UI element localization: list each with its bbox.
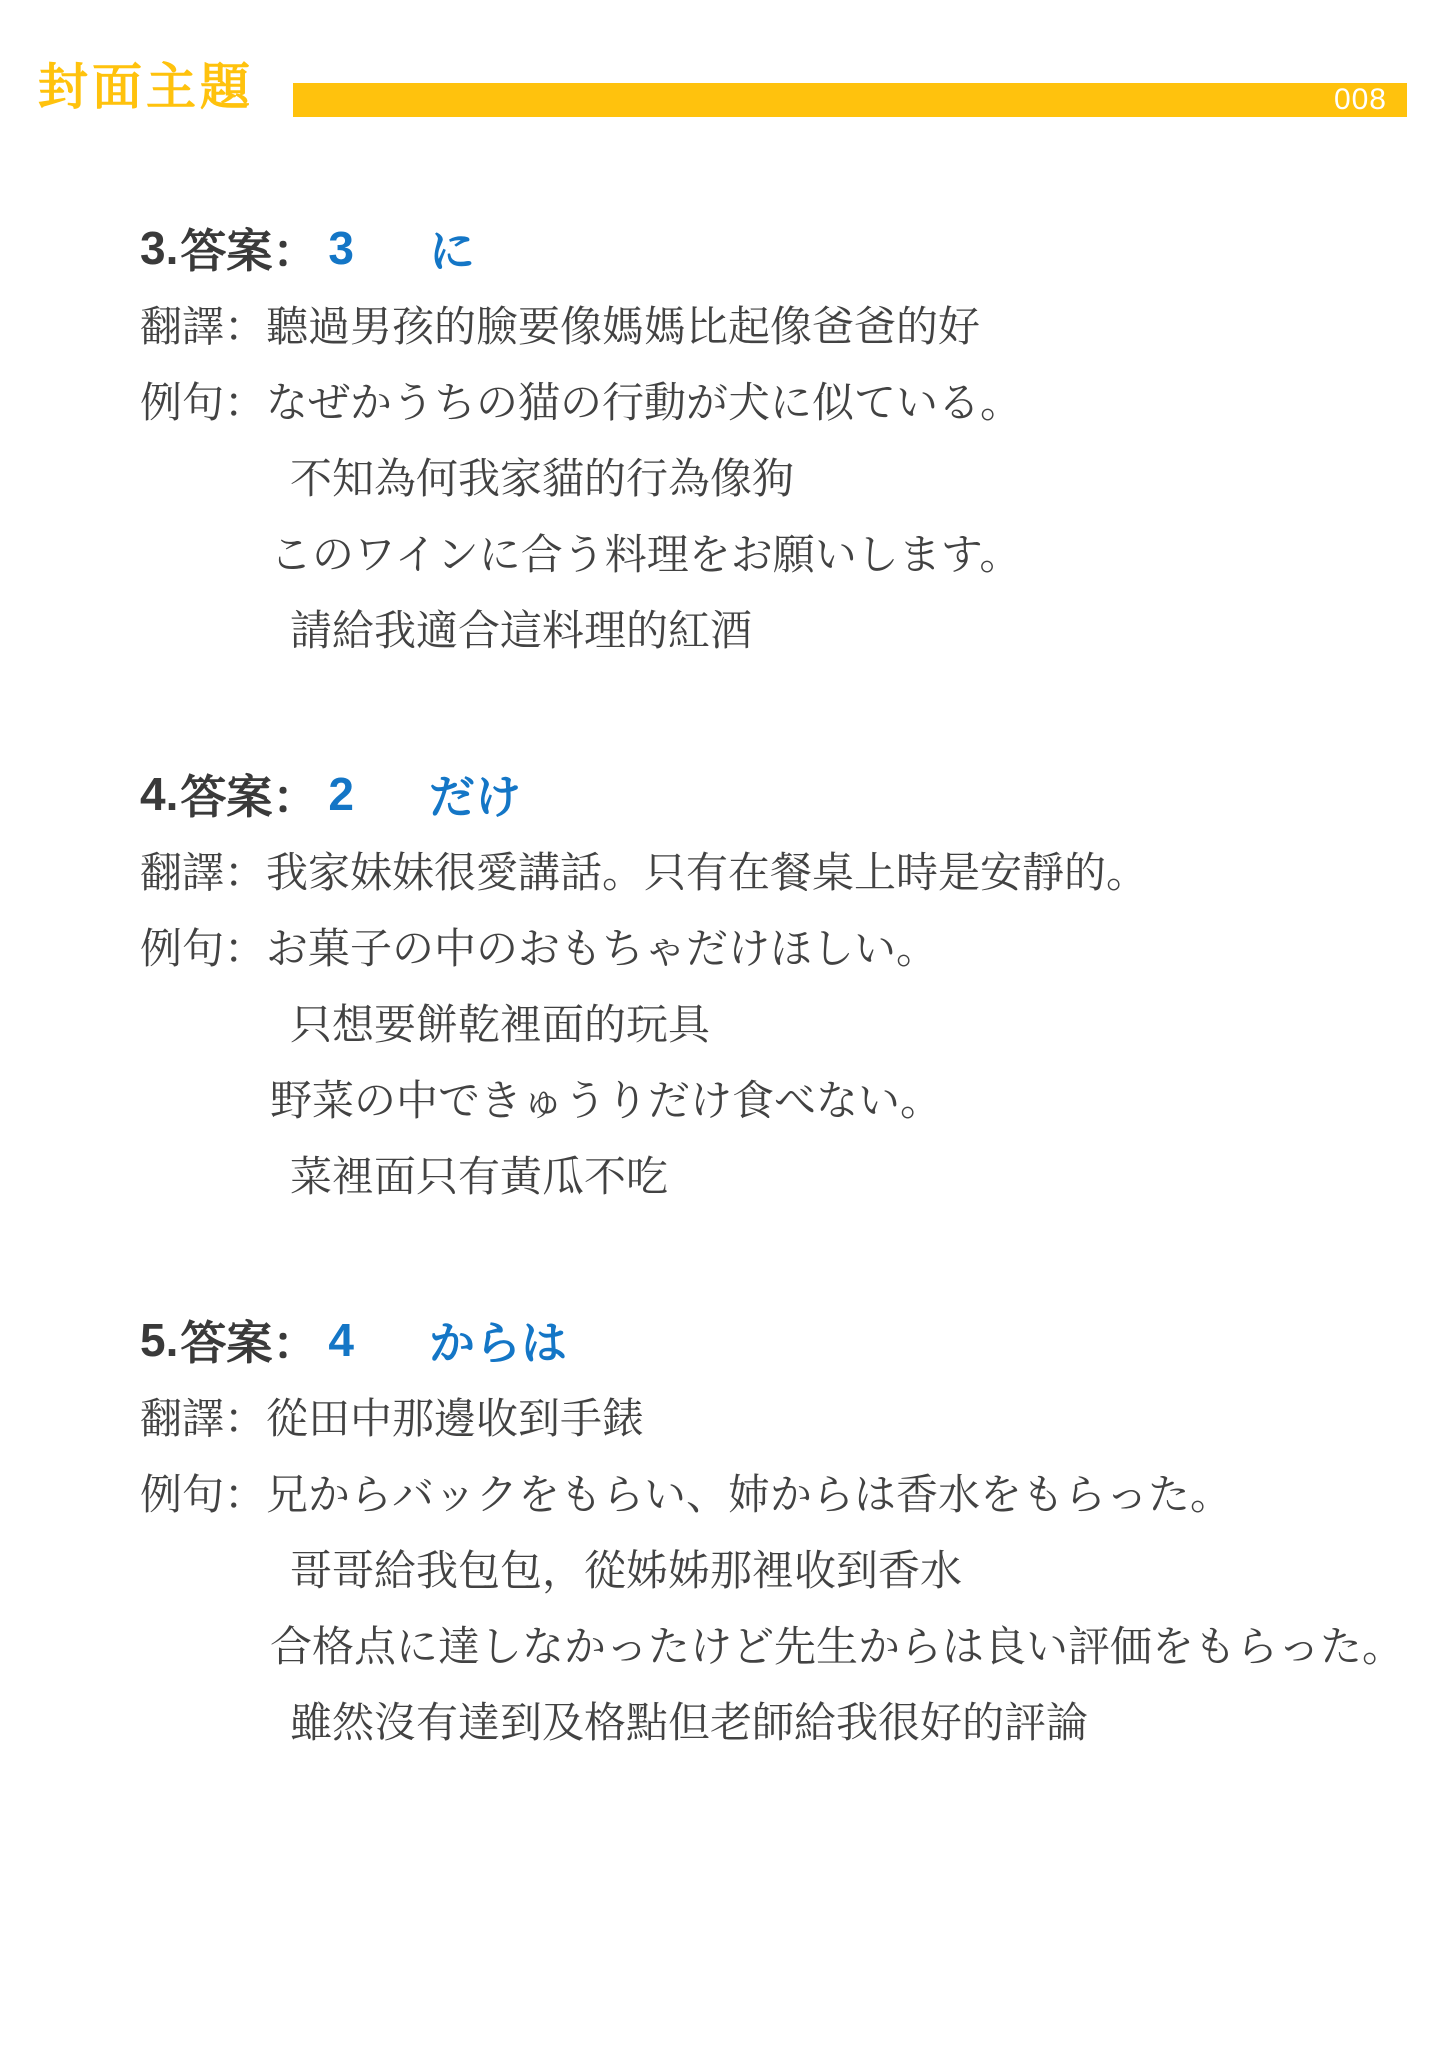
example-gloss-chinese: 請給我適合這料理的紅酒 <box>290 598 752 658</box>
answer-word: からは <box>429 1307 567 1373</box>
question-number: 3. <box>140 221 178 275</box>
example-gloss-line: 不知為何我家貓的行為像狗 <box>140 438 1409 514</box>
example-text-japanese: 兄からバックをもらい、姉からは香水をもらった。 <box>266 1462 1232 1522</box>
question-section-4: 4.答案：2だけ 翻譯：我家妹妹很愛講話。只有在餐桌上時是安靜的。 例句：お菓子… <box>140 756 1409 1212</box>
header-accent-bar: 008 <box>293 83 1407 117</box>
page-header: 封面主題 008 <box>0 0 1449 125</box>
answer-number: 2 <box>328 767 354 821</box>
example-gloss-chinese: 菜裡面只有黃瓜不吃 <box>290 1144 668 1204</box>
example-gloss-line: 只想要餅乾裡面的玩具 <box>140 984 1409 1060</box>
translation-line: 翻譯：聽過男孩的臉要像媽媽比起像爸爸的好 <box>140 286 1409 362</box>
translation-text: 我家妹妹很愛講話。只有在餐桌上時是安靜的。 <box>266 840 1148 900</box>
example-text-japanese: なぜかうちの猫の行動が犬に似ている。 <box>266 370 1022 430</box>
answer-label: 答案： <box>180 215 318 281</box>
answer-word: だけ <box>429 761 521 827</box>
translation-line: 翻譯：從田中那邊收到手錶 <box>140 1378 1409 1454</box>
answer-heading: 3.答案：3に <box>140 210 1409 286</box>
example-text-japanese: 合格点に達しなかったけど先生からは良い評価をもらった。 <box>270 1614 1404 1674</box>
translation-text: 從田中那邊收到手錶 <box>266 1386 644 1446</box>
question-number: 4. <box>140 767 178 821</box>
answer-label: 答案： <box>180 761 318 827</box>
example-gloss-chinese: 哥哥給我包包，從姊姊那裡收到香水 <box>290 1538 962 1598</box>
example-line: 例句：お菓子の中のおもちゃだけほしい。 <box>140 908 1409 984</box>
example-label: 例句： <box>140 370 266 430</box>
translation-label: 翻譯： <box>140 1386 266 1446</box>
page-number: 008 <box>1334 85 1387 115</box>
answer-number: 4 <box>328 1313 354 1367</box>
translation-label: 翻譯： <box>140 840 266 900</box>
translation-label: 翻譯： <box>140 294 266 354</box>
example-label: 例句： <box>140 1462 266 1522</box>
example-gloss-line: 請給我適合這料理的紅酒 <box>140 590 1409 666</box>
answer-word: に <box>429 215 475 281</box>
example-gloss-chinese: 只想要餅乾裡面的玩具 <box>290 992 710 1052</box>
example-text-japanese: お菓子の中のおもちゃだけほしい。 <box>266 916 938 976</box>
example-line: 野菜の中できゅうりだけ食べない。 <box>140 1060 1409 1136</box>
answer-heading: 5.答案：4からは <box>140 1302 1409 1378</box>
example-label: 例句： <box>140 916 266 976</box>
example-line: このワインに合う料理をお願いします。 <box>140 514 1409 590</box>
document-page: 封面主題 008 3.答案：3に 翻譯：聽過男孩的臉要像媽媽比起像爸爸的好 例句… <box>0 0 1449 2048</box>
content-area: 3.答案：3に 翻譯：聽過男孩的臉要像媽媽比起像爸爸的好 例句：なぜかうちの猫の… <box>0 0 1449 1758</box>
answer-label: 答案： <box>180 1307 318 1373</box>
example-line: 例句：なぜかうちの猫の行動が犬に似ている。 <box>140 362 1409 438</box>
example-line: 合格点に達しなかったけど先生からは良い評価をもらった。 <box>140 1606 1409 1682</box>
question-section-3: 3.答案：3に 翻譯：聽過男孩的臉要像媽媽比起像爸爸的好 例句：なぜかうちの猫の… <box>140 210 1409 666</box>
example-text-japanese: 野菜の中できゅうりだけ食べない。 <box>270 1068 942 1128</box>
question-number: 5. <box>140 1313 178 1367</box>
page-title: 封面主題 <box>38 62 254 112</box>
answer-number: 3 <box>328 221 354 275</box>
example-gloss-chinese: 不知為何我家貓的行為像狗 <box>290 446 794 506</box>
example-gloss-line: 菜裡面只有黃瓜不吃 <box>140 1136 1409 1212</box>
example-gloss-line: 雖然沒有達到及格點但老師給我很好的評論 <box>140 1682 1409 1758</box>
translation-text: 聽過男孩的臉要像媽媽比起像爸爸的好 <box>266 294 980 354</box>
answer-heading: 4.答案：2だけ <box>140 756 1409 832</box>
example-gloss-line: 哥哥給我包包，從姊姊那裡收到香水 <box>140 1530 1409 1606</box>
example-line: 例句：兄からバックをもらい、姉からは香水をもらった。 <box>140 1454 1409 1530</box>
example-gloss-chinese: 雖然沒有達到及格點但老師給我很好的評論 <box>290 1690 1088 1750</box>
translation-line: 翻譯：我家妹妹很愛講話。只有在餐桌上時是安靜的。 <box>140 832 1409 908</box>
example-text-japanese: このワインに合う料理をお願いします。 <box>270 522 1021 582</box>
question-section-5: 5.答案：4からは 翻譯：從田中那邊收到手錶 例句：兄からバックをもらい、姉から… <box>140 1302 1409 1758</box>
